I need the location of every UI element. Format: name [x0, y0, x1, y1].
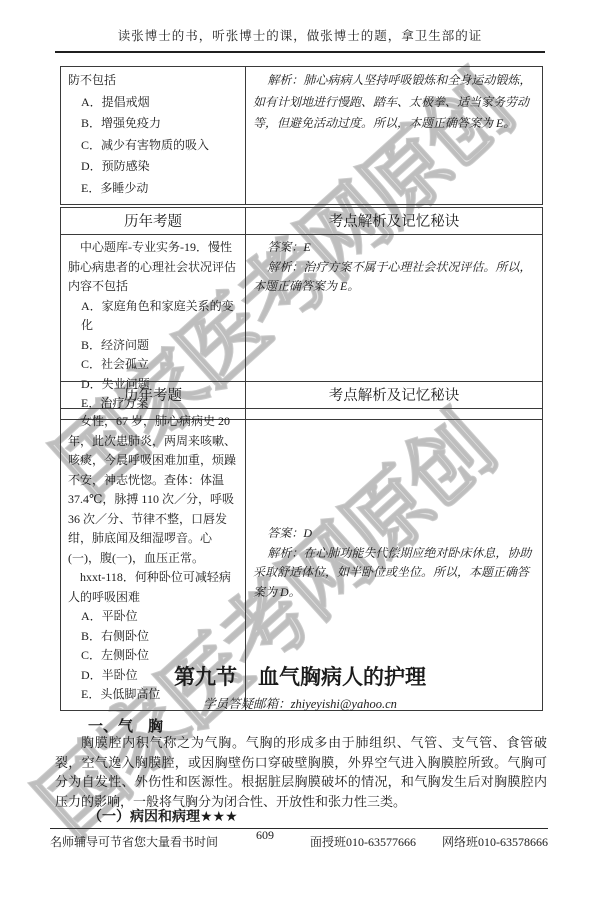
question-text: 中心题库-专业实务-19．慢性肺心病患者的心理社会状况评估内容不包括: [68, 238, 238, 297]
body-paragraph: 胸膜腔内积气称之为气胸。气胸的形成多由于肺组织、气管、支气管、食管破裂，空气逸入…: [55, 733, 547, 811]
question-stem: 防不包括: [68, 70, 238, 92]
question-cell: 防不包括 A．提倡戒烟 B．增强免疫力 C．减少有害物质的吸入 D．预防感染 E…: [61, 67, 246, 204]
answer-text: 答案：D: [253, 524, 535, 544]
analysis-text: 解析：肺心病病人坚持呼吸锻炼和全身运动锻炼，如有计划地进行慢跑、踏车、太极拳、适…: [253, 70, 535, 135]
option-c: C．减少有害物质的吸入: [68, 135, 238, 157]
header-slogan: 读张博士的书，听张博士的课，做张博士的题，拿卫生部的证: [55, 26, 545, 53]
exam-table-continuation: 防不包括 A．提倡戒烟 B．增强免疫力 C．减少有害物质的吸入 D．预防感染 E…: [60, 66, 543, 205]
table-header-past-questions: 历年考题: [61, 382, 246, 408]
page-number: 609: [220, 828, 310, 843]
document-page: 国家医考网原创 国家医考网原创 读张博士的书，听张博士的课，做张博士的题，拿卫生…: [0, 0, 600, 912]
option-b: B．经济问题: [68, 336, 238, 356]
analysis-text: 解析：治疗方案不属于心理社会状况评估。所以，本题正确答案为 E。: [253, 258, 535, 297]
section-title: 第九节 血气胸病人的护理: [0, 661, 600, 691]
option-d: D．预防感染: [68, 156, 238, 178]
page-footer: 名师辅导可节省您大量看书时间 609 面授班010-63577666 网络班01…: [50, 828, 548, 850]
option-c: C．社会孤立: [68, 355, 238, 375]
table-header-row: 历年考题 考点解析及记忆秘诀: [61, 208, 542, 235]
option-a: A．提倡戒烟: [68, 92, 238, 114]
table-header-past-questions: 历年考题: [61, 208, 246, 234]
email-line: 学员答疑邮箱：zhiyeyishi@yahoo.cn: [0, 694, 600, 712]
answer-text: 答案：E: [253, 238, 535, 258]
option-b: B．右侧卧位: [68, 627, 238, 647]
question-text: hxxt-118．何种卧位可减轻病人的呼吸困难: [68, 568, 238, 607]
analysis-text: 解析：在心肺功能失代偿期应绝对卧床休息，协助采取舒适体位，如半卧位或坐位。所以，…: [253, 544, 535, 603]
analysis-cell: 解析：肺心病病人坚持呼吸锻炼和全身运动锻炼，如有计划地进行慢跑、踏车、太极拳、适…: [246, 67, 542, 204]
footer-phone-onsite: 面授班010-63577666: [310, 833, 416, 850]
footer-phone-online: 网络班010-63578666: [442, 833, 548, 850]
table-header-row: 历年考题 考点解析及记忆秘诀: [61, 382, 542, 409]
table-header-analysis: 考点解析及记忆秘诀: [246, 208, 542, 234]
footer-slogan: 名师辅导可节省您大量看书时间: [50, 833, 220, 850]
table-header-analysis: 考点解析及记忆秘诀: [246, 382, 542, 408]
option-e: E．多睡少动: [68, 178, 238, 200]
option-a: A．平卧位: [68, 607, 238, 627]
case-description: 女性，67 岁，肺心病病史 20 年，此次患肺炎，两周来咳嗽、咳痰，今晨呼吸困难…: [68, 412, 238, 568]
option-b: B．增强免疫力: [68, 113, 238, 135]
option-a: A．家庭角色和家庭关系的变化: [68, 297, 238, 336]
sub-heading-item: （一）病因和病理★★★: [88, 806, 238, 826]
